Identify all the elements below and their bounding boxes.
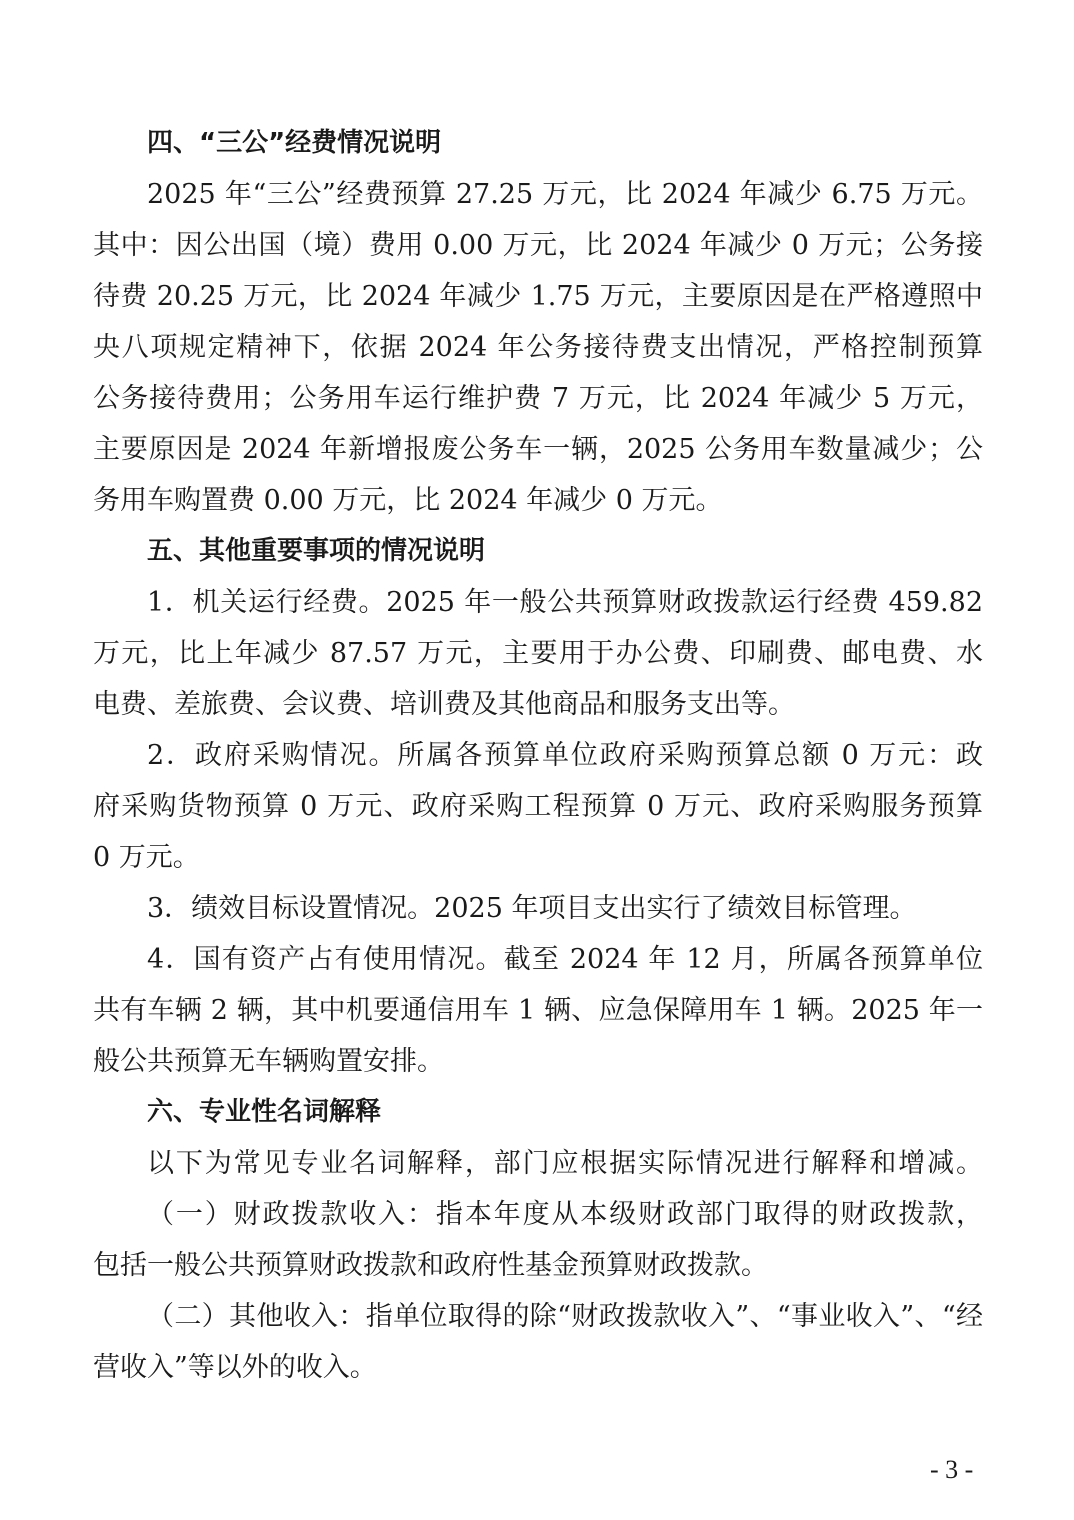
item-line: （二）其他收入：指单位取得的除“财政拨款收入”、“事业收入”、“经 [93,1291,983,1342]
item-line: 营收入”等以外的收入。 [93,1342,983,1393]
document-page: 四、“三公”经费情况说明 2025 年“三公”经费预算 27.25 万元，比 2… [93,118,983,1393]
item-line: 以下为常见专业名词解释，部门应根据实际情况进行解释和增减。 [93,1138,983,1189]
item-line: 包括一般公共预算财政拨款和政府性基金预算财政拨款。 [93,1240,983,1291]
item-line: 3．绩效目标设置情况。2025 年项目支出实行了绩效目标管理。 [93,883,983,934]
paragraph-line: 待费 20.25 万元，比 2024 年减少 1.75 万元，主要原因是在严格遵… [93,271,983,322]
paragraph-line: 主要原因是 2024 年新增报废公务车一辆，2025 公务用车数量减少；公 [93,424,983,475]
section-heading-five: 五、其他重要事项的情况说明 [93,526,983,577]
paragraph-line: 其中：因公出国（境）费用 0.00 万元，比 2024 年减少 0 万元；公务接 [93,220,983,271]
page-number: - 3 - [930,1455,973,1485]
item-line: 万元，比上年减少 87.57 万元，主要用于办公费、印刷费、邮电费、水 [93,628,983,679]
item-line: 2．政府采购情况。所属各预算单位政府采购预算总额 0 万元：政 [93,730,983,781]
item-line: 电费、差旅费、会议费、培训费及其他商品和服务支出等。 [93,679,983,730]
paragraph-line: 央八项规定精神下，依据 2024 年公务接待费支出情况，严格控制预算 [93,322,983,373]
item-line: 4．国有资产占有使用情况。截至 2024 年 12 月，所属各预算单位 [93,934,983,985]
item-line: 般公共预算无车辆购置安排。 [93,1036,983,1087]
paragraph-line: 公务接待费用；公务用车运行维护费 7 万元，比 2024 年减少 5 万元， [93,373,983,424]
item-line: 0 万元。 [93,832,983,883]
item-line: （一）财政拨款收入：指本年度从本级财政部门取得的财政拨款， [93,1189,983,1240]
paragraph-line: 务用车购置费 0.00 万元，比 2024 年减少 0 万元。 [93,475,983,526]
section-heading-four: 四、“三公”经费情况说明 [93,118,983,169]
item-line: 府采购货物预算 0 万元、政府采购工程预算 0 万元、政府采购服务预算 [93,781,983,832]
section-heading-six: 六、专业性名词解释 [93,1087,983,1138]
paragraph-line: 2025 年“三公”经费预算 27.25 万元，比 2024 年减少 6.75 … [93,169,983,220]
item-line: 共有车辆 2 辆，其中机要通信用车 1 辆、应急保障用车 1 辆。2025 年一 [93,985,983,1036]
item-line: 1．机关运行经费。2025 年一般公共预算财政拨款运行经费 459.82 [93,577,983,628]
